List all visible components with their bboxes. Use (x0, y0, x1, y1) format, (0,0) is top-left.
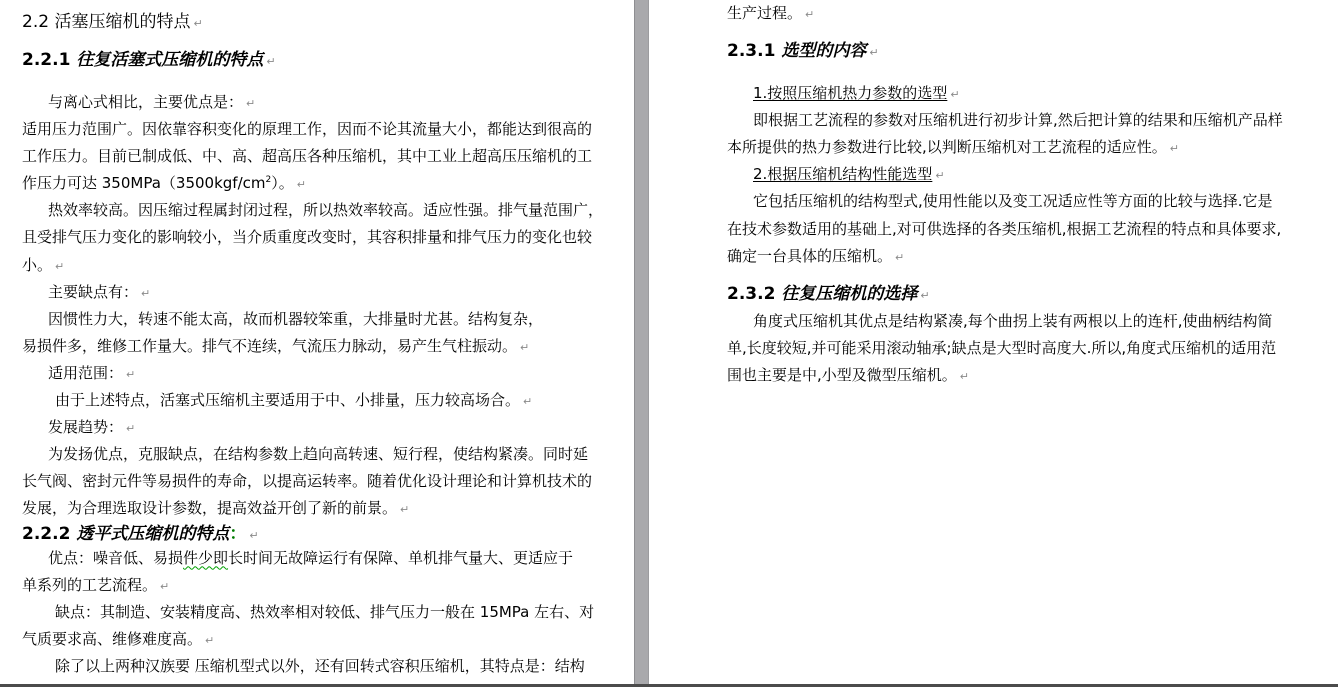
text-line: 即根据工艺流程的参数对压缩机进行初步计算,然后把计算的结果和压缩机产品样 (727, 107, 1323, 134)
text-run: 围也主要是中,小型及微型压缩机。 (727, 366, 957, 384)
text-run: 因惯性力大，转速不能太高，故而机器较笨重，大排量时尤甚。结构复杂， (48, 310, 543, 328)
paragraph-mark-icon: ↵ (400, 503, 409, 516)
paragraph-mark-icon: ↵ (249, 529, 258, 542)
paragraph-mark-icon: ↵ (246, 97, 255, 110)
text-line: 围也主要是中,小型及微型压缩机。↵ (727, 362, 1323, 389)
text-run: 易损件多，维修工作量大。排气不连续，气流压力脉动，易产生气柱振动。 (22, 337, 517, 355)
text-line: 小。↵ (22, 252, 588, 279)
text-line: 1.按照压缩机热力参数的选型↵ (727, 80, 1323, 107)
text-run: 适用压力范围广。因依靠容积变化的原理工作，因而不论其流量大小，都能达到很高的 (22, 120, 592, 138)
text-run: 发展趋势： (48, 418, 123, 436)
text-line: 生产过程。↵ (727, 0, 1323, 27)
heading-line: 2.2.2 透平式压缩机的特点：↵ (22, 523, 588, 545)
text-line: 作压力可达 350MPa（3500kgf/cm2）。↵ (22, 170, 588, 197)
text-line: 适用范围：↵ (22, 360, 588, 387)
text-run: 单,长度较短,并可能采用滚动轴承;缺点是大型时高度大.所以,角度式压缩机的适用范 (727, 339, 1276, 357)
text-run: 长气阀、密封元件等易损件的寿命，以提高运转率。随着优化设计理论和计算机技术的 (22, 472, 592, 490)
text-run: 选型的内容 (781, 41, 866, 61)
heading-line: 2.2.1 往复活塞式压缩机的特点↵ (22, 46, 588, 74)
paragraph-mark-icon: ↵ (55, 260, 64, 273)
text-line: 优点：噪音低、易损件少即长时间无故障运行有保障、单机排气量大、更适应于 (22, 545, 588, 572)
text-line: 主要缺点有：↵ (22, 279, 588, 306)
text-line: 热效率较高。因压缩过程属封闭过程，所以热效率较高。适应性强。排气量范围广， (22, 197, 588, 224)
page-left-text-area[interactable]: 2.2 活塞压缩机的特点↵2.2.1 往复活塞式压缩机的特点↵与离心式相比，主要… (22, 0, 588, 680)
text-run: 2.3.1 (727, 41, 781, 61)
text-line: 除了以上两种汉族要 压缩机型式以外，还有回转式容积压缩机，其特点是：结构 (22, 653, 588, 680)
text-run: 单系列的工艺流程。 (22, 576, 157, 594)
text-line: 确定一台具体的压缩机。↵ (727, 243, 1323, 270)
text-run: 即根据工艺流程的参数对压缩机进行初步计算,然后把计算的结果和压缩机产品样 (753, 111, 1283, 129)
text-line: 单系列的工艺流程。↵ (22, 572, 588, 599)
text-line: 长气阀、密封元件等易损件的寿命，以提高运转率。随着优化设计理论和计算机技术的 (22, 468, 588, 495)
text-run: ）。 (271, 174, 294, 192)
paragraph-mark-icon: ↵ (869, 46, 878, 59)
text-line: 缺点：其制造、安装精度高、热效率相对较低、排气压力一般在 15MPa 左右、对 (22, 599, 588, 626)
text-line: 发展，为合理选取设计参数，提高效益开创了新的前景。↵ (22, 495, 588, 522)
text-run: 发展，为合理选取设计参数，提高效益开创了新的前景。 (22, 499, 397, 517)
heading-line: 2.3.1 选型的内容↵ (727, 37, 1323, 65)
paragraph-mark-icon: ↵ (920, 289, 929, 302)
text-run: 它包括压缩机的结构型式,使用性能以及变工况适应性等方面的比较与选择.它是 (753, 192, 1273, 210)
text-line: 因惯性力大，转速不能太高，故而机器较笨重，大排量时尤甚。结构复杂， (22, 306, 588, 333)
text-run: 工作压力。目前已制成低、中、高、超高压各种压缩机，其中工业上超高压压缩机的工 (22, 147, 592, 165)
text-run: 由于上述特点，活塞式压缩机主要适用于中、小排量，压力较高场合。 (55, 391, 520, 409)
text-run: 确定一台具体的压缩机。 (727, 247, 892, 265)
paragraph-mark-icon: ↵ (523, 395, 532, 408)
text-run: 且受排气压力变化的影响较小，当介质重度改变时，其容积排量和排气压力的变化也较 (22, 228, 592, 246)
text-run: 适用范围： (48, 364, 123, 382)
paragraph-mark-icon: ↵ (895, 251, 904, 264)
page-right-text-area[interactable]: 生产过程。↵2.3.1 选型的内容↵1.按照压缩机热力参数的选型↵即根据工艺流程… (727, 0, 1323, 389)
text-run: 本所提供的热力参数进行比较,以判断压缩机对工艺流程的适应性。 (727, 138, 1167, 156)
paragraph-mark-icon: ↵ (520, 341, 529, 354)
text-line: 单,长度较短,并可能采用滚动轴承;缺点是大型时高度大.所以,角度式压缩机的适用范 (727, 335, 1323, 362)
text-line: 且受排气压力变化的影响较小，当介质重度改变时，其容积排量和排气压力的变化也较 (22, 224, 588, 251)
paragraph-mark-icon: ↵ (935, 169, 944, 182)
paragraph-mark-icon: ↵ (141, 287, 150, 300)
paragraph-mark-icon: ↵ (126, 422, 135, 435)
text-run: 件少即 (183, 549, 228, 567)
text-line: 角度式压缩机其优点是结构紧凑,每个曲拐上装有两根以上的连杆,使曲柄结构简 (727, 308, 1323, 335)
text-run: 作压力可达 350MPa（3500kgf/cm (22, 174, 265, 192)
document-canvas: 2.2 活塞压缩机的特点↵2.2.1 往复活塞式压缩机的特点↵与离心式相比，主要… (0, 0, 1338, 687)
text-run: ： (229, 524, 246, 544)
text-run: 2.2.2 (22, 524, 76, 544)
paragraph-mark-icon: ↵ (266, 55, 275, 68)
paragraph-mark-icon: ↵ (805, 8, 814, 21)
text-run: 2.3.2 (727, 284, 781, 304)
text-run: 透平式压缩机的特点 (76, 524, 229, 544)
page-right: 生产过程。↵2.3.1 选型的内容↵1.按照压缩机热力参数的选型↵即根据工艺流程… (649, 0, 1338, 684)
text-line: 为发扬优点，克服缺点，在结构参数上趋向高转速、短行程，使结构紧凑。同时延 (22, 441, 588, 468)
paragraph-mark-icon: ↵ (960, 370, 969, 383)
paragraph-mark-icon: ↵ (1170, 142, 1179, 155)
heading-line: 2.3.2 往复压缩机的选择↵ (727, 280, 1323, 308)
text-line: 易损件多，维修工作量大。排气不连续，气流压力脉动，易产生气柱振动。↵ (22, 333, 588, 360)
text-run: 往复活塞式压缩机的特点 (76, 50, 263, 70)
text-line: 它包括压缩机的结构型式,使用性能以及变工况适应性等方面的比较与选择.它是 (727, 188, 1323, 215)
heading-line: 2.2 活塞压缩机的特点↵ (22, 8, 588, 36)
text-run: 在技术参数适用的基础上,对可供选择的各类压缩机,根据工艺流程的特点和具体要求, (727, 220, 1281, 238)
text-line: 工作压力。目前已制成低、中、高、超高压各种压缩机，其中工业上超高压压缩机的工 (22, 143, 588, 170)
text-line: 2.根据压缩机结构性能选型↵ (727, 161, 1323, 188)
text-run: 气质要求高、维修难度高。 (22, 630, 202, 648)
text-line: 发展趋势：↵ (22, 414, 588, 441)
text-line: 与离心式相比，主要优点是：↵ (22, 89, 588, 116)
text-run: 优点：噪音低、易损 (48, 549, 183, 567)
text-line: 在技术参数适用的基础上,对可供选择的各类压缩机,根据工艺流程的特点和具体要求, (727, 216, 1323, 243)
text-run: 1.按照压缩机热力参数的选型 (753, 84, 947, 102)
text-run: 为发扬优点，克服缺点，在结构参数上趋向高转速、短行程，使结构紧凑。同时延 (48, 445, 588, 463)
text-run: 角度式压缩机其优点是结构紧凑,每个曲拐上装有两根以上的连杆,使曲柄结构简 (753, 312, 1273, 330)
pages-gap-divider (634, 0, 649, 684)
paragraph-mark-icon: ↵ (205, 634, 214, 647)
text-line: 由于上述特点，活塞式压缩机主要适用于中、小排量，压力较高场合。↵ (22, 387, 588, 414)
page-left: 2.2 活塞压缩机的特点↵2.2.1 往复活塞式压缩机的特点↵与离心式相比，主要… (0, 0, 634, 684)
text-run: 与离心式相比，主要优点是： (48, 93, 243, 111)
text-run: 2.2 活塞压缩机的特点 (22, 12, 190, 32)
paragraph-mark-icon: ↵ (950, 88, 959, 101)
text-line: 本所提供的热力参数进行比较,以判断压缩机对工艺流程的适应性。↵ (727, 134, 1323, 161)
text-run: 往复压缩机的选择 (781, 284, 917, 304)
text-run: 除了以上两种汉族要 压缩机型式以外，还有回转式容积压缩机，其特点是：结构 (55, 657, 585, 675)
text-run: 2.根据压缩机结构性能选型 (753, 165, 932, 183)
paragraph-mark-icon: ↵ (297, 178, 306, 191)
text-run: 主要缺点有： (48, 283, 138, 301)
text-run: 2.2.1 (22, 50, 76, 70)
text-line: 气质要求高、维修难度高。↵ (22, 626, 588, 653)
paragraph-mark-icon: ↵ (193, 17, 202, 30)
text-run: 小。 (22, 256, 52, 274)
text-run: 生产过程。 (727, 4, 802, 22)
text-run: 热效率较高。因压缩过程属封闭过程，所以热效率较高。适应性强。排气量范围广， (48, 201, 603, 219)
text-line: 适用压力范围广。因依靠容积变化的原理工作，因而不论其流量大小，都能达到很高的 (22, 116, 588, 143)
text-run: 长时间无故障运行有保障、单机排气量大、更适应于 (228, 549, 573, 567)
paragraph-mark-icon: ↵ (160, 580, 169, 593)
text-run: 缺点：其制造、安装精度高、热效率相对较低、排气压力一般在 15MPa 左右、对 (55, 603, 594, 621)
paragraph-mark-icon: ↵ (126, 368, 135, 381)
